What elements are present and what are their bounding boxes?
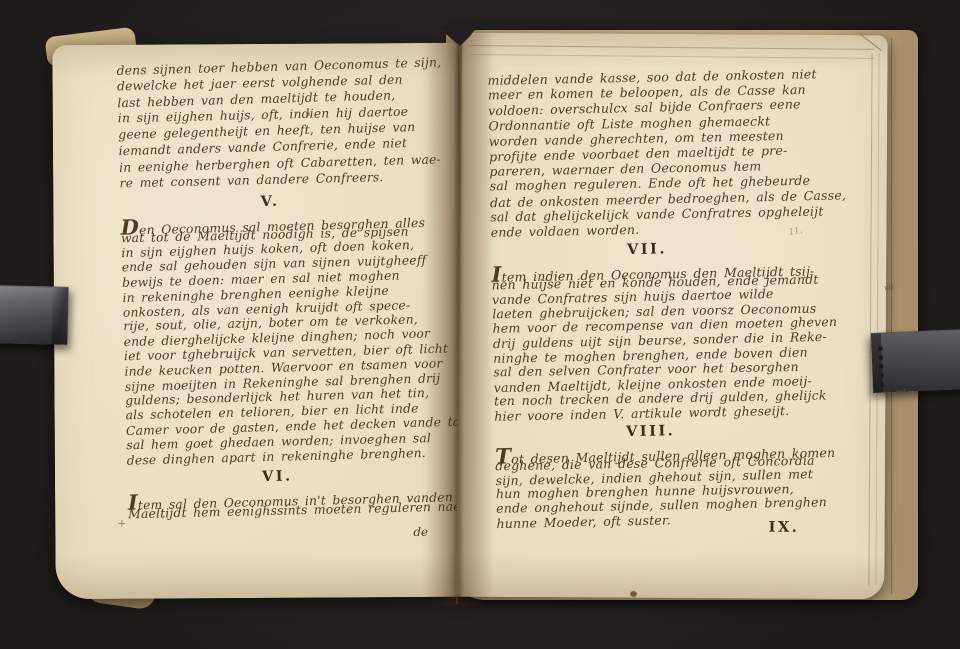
section-v-paragraph: Den Oeconomus sal moeten besorghen alles… (120, 208, 472, 469)
section-viii-paragraph: Tot desen Maeltijdt sullen alleen moghen… (495, 439, 869, 532)
left-page: dens sijnen toer hebben van Oeconomus te… (52, 43, 461, 599)
stacked-leaf-edges-side (868, 53, 879, 585)
foxing-spot (630, 591, 637, 597)
margin-pen-mark: + (117, 517, 126, 530)
manuscript-photo: dens sijnen toer hebben van Oeconomus te… (0, 0, 960, 649)
catchword: de (413, 525, 428, 539)
right-clasp (871, 329, 960, 393)
foxing-spot (306, 112, 310, 116)
section-vii-paragraph: Item indien den Oeconomus den Maeltijdt … (491, 257, 866, 425)
stacked-leaf-edges-top (470, 45, 874, 59)
right-continuation-paragraph: middelen vande kasse, soo dat de onkoste… (487, 67, 862, 241)
foxing-spot (228, 262, 231, 265)
left-page-text: dens sijnen toer hebben van Oeconomus te… (116, 56, 474, 525)
left-clasp (0, 285, 69, 345)
right-page: middelen vande kasse, soo dat de onkoste… (456, 33, 887, 600)
left-continuation-paragraph: dens sijnen toer hebben van Oeconomus te… (116, 56, 465, 194)
section-vi-paragraph: Item sal den Oeconomus in't besorghen va… (128, 484, 475, 525)
right-page-text: middelen vande kasse, soo dat de onkoste… (487, 67, 868, 531)
fore-edge-mark-upper: vii (884, 283, 894, 293)
